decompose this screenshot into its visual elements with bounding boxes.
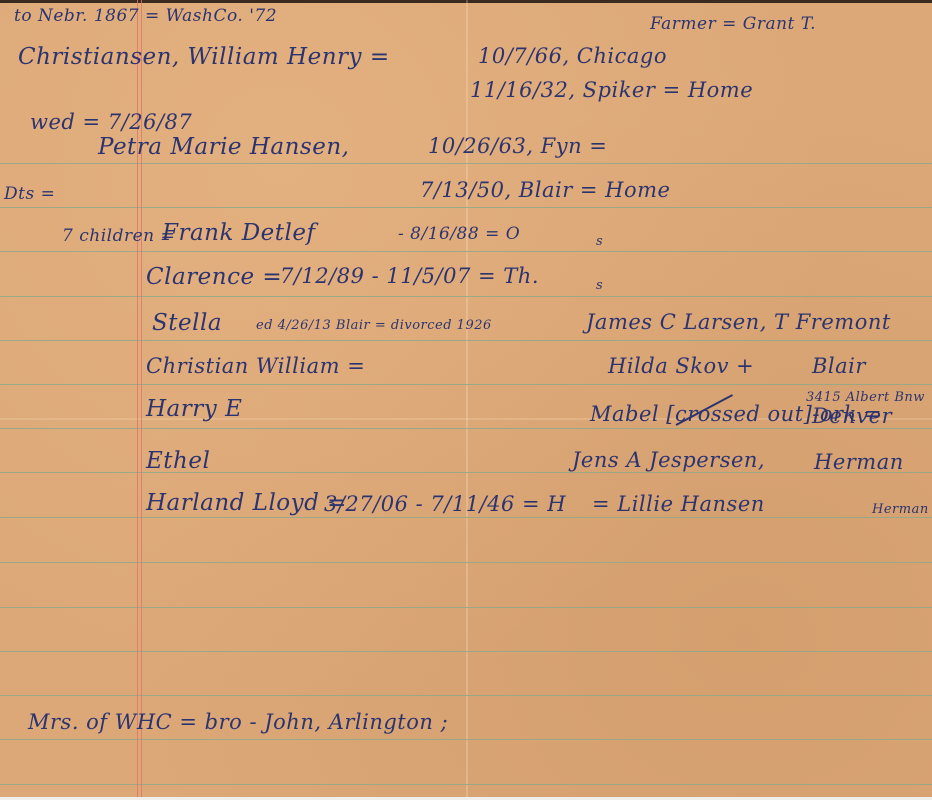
child-mark: s (596, 234, 603, 249)
child-mark: s (596, 278, 603, 293)
child-name: Frank Detlef (162, 220, 316, 246)
rule-line (0, 296, 932, 297)
marriage-date: wed = 7/26/87 (30, 110, 192, 134)
head-death: 11/16/32, Spiker = Home (470, 78, 753, 102)
footer-note: Mrs. of WHC = bro - John, Arlington ; (28, 710, 448, 734)
ruled-paper-sheet: to Nebr. 1867 = WashCo. '72 Farmer = Gra… (0, 0, 932, 797)
child-place: Herman (872, 502, 929, 517)
child-spouse: Hilda Skov + (608, 354, 754, 378)
child-spouse: Jens A Jespersen, (572, 448, 765, 472)
rule-line (0, 163, 932, 164)
rule-line (0, 607, 932, 608)
child-place: Denver (812, 404, 892, 428)
rule-line (0, 472, 932, 473)
child-dates: 7/12/89 - 11/5/07 = Th. (280, 264, 539, 288)
header-note: to Nebr. 1867 = WashCo. '72 (14, 6, 277, 26)
rule-line (0, 517, 932, 518)
child-dates: - 8/16/88 = O (398, 224, 520, 244)
spouse-death: 7/13/50, Blair = Home (420, 178, 670, 202)
rule-line (0, 562, 932, 563)
rule-line (0, 784, 932, 785)
child-spouse: James C Larsen, T Fremont (586, 310, 891, 334)
child-place: Blair (812, 354, 866, 378)
spouse-name: Petra Marie Hansen, (98, 134, 349, 160)
child-name: Harland Lloyd = (146, 490, 347, 516)
child-name: Stella (152, 310, 222, 336)
rule-line (0, 251, 932, 252)
child-name: Christian William = (146, 354, 365, 378)
rule-line (0, 340, 932, 341)
rule-line (0, 695, 932, 696)
child-spouse: = Lillie Hansen (592, 492, 765, 516)
rule-line (0, 739, 932, 740)
head-of-family-name: Christiansen, William Henry = (18, 44, 390, 70)
occupation-note: Farmer = Grant T. (650, 14, 816, 34)
spouse-death-label: Dts = (4, 184, 55, 204)
children-label: 7 children = (62, 226, 175, 246)
head-birth: 10/7/66, Chicago (478, 44, 667, 68)
child-name: Clarence = (146, 264, 282, 290)
child-name: Harry E (146, 396, 242, 422)
child-dates: ed 4/26/13 Blair = divorced 1926 (256, 318, 492, 333)
child-dates: 3/27/06 - 7/11/46 = H (324, 492, 566, 516)
rule-line (0, 428, 932, 429)
spouse-birth: 10/26/63, Fyn = (428, 134, 607, 158)
rule-line (0, 651, 932, 652)
child-name: Ethel (146, 448, 210, 474)
vertical-fold-crease (466, 0, 468, 797)
rule-line (0, 207, 932, 208)
address-note: 3415 Albert Bnw (806, 390, 925, 405)
rule-line (0, 384, 932, 385)
child-place: Herman (814, 450, 904, 474)
